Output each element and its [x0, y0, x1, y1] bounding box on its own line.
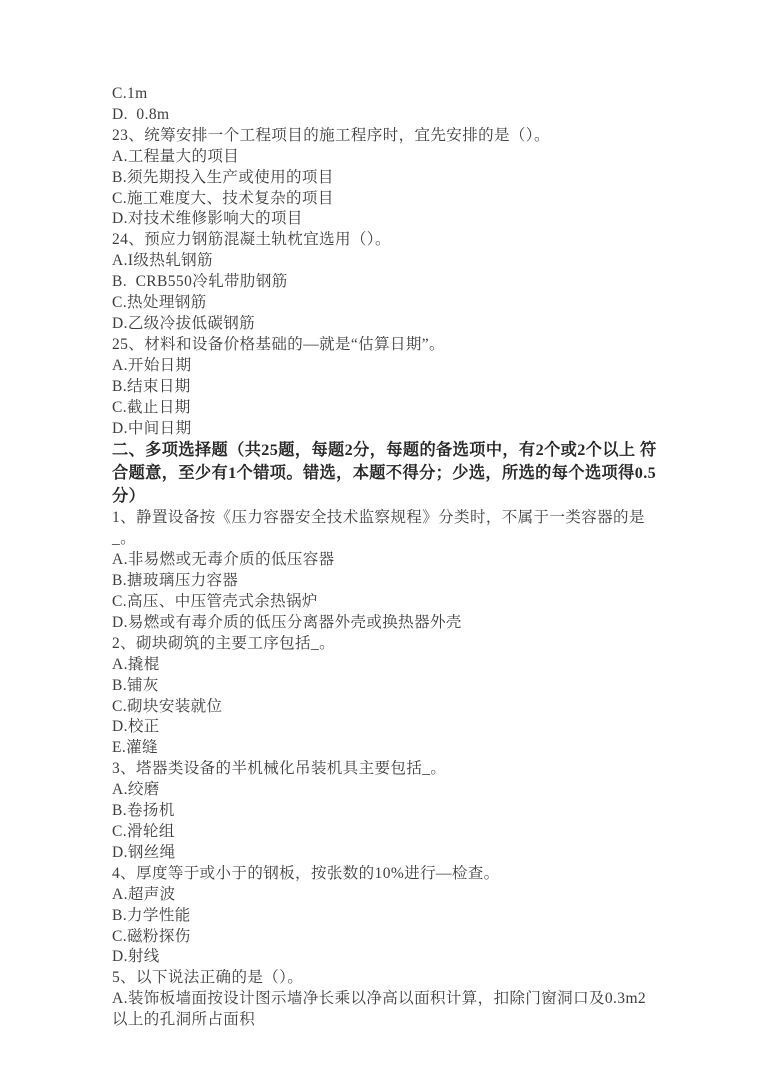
option-line: B. CRB550冷轧带肋钢筋 [112, 272, 659, 293]
question-line: 25、材料和设备价格基础的—就是“估算日期”。 [112, 335, 659, 356]
option-line: B.卷扬机 [112, 801, 659, 822]
question-line: 23、统筹安排一个工程项目的施工程序时，宜先安排的是（）。 [112, 126, 659, 147]
option-line: C.高压、中压管壳式余热锅炉 [112, 592, 659, 613]
option-line: A.非易燃或无毒介质的低压容器 [112, 550, 659, 571]
question-line: 2、砌块砌筑的主要工序包括_。 [112, 634, 659, 655]
question-line: 24、预应力钢筋混凝土轨枕宜选用（）。 [112, 230, 659, 251]
option-line: A.开始日期 [112, 356, 659, 377]
option-line: B.搪玻璃压力容器 [112, 571, 659, 592]
document-text-block: C.1mD. 0.8m23、统筹安排一个工程项目的施工程序时，宜先安排的是（）。… [112, 84, 659, 1031]
option-line: D.钢丝绳 [112, 843, 659, 864]
option-line: A.装饰板墙面按设计图示墙净长乘以净高以面积计算，扣除门窗洞口及0.3m2 以上… [112, 989, 659, 1031]
option-line: A.超声波 [112, 885, 659, 906]
option-line: A.撬棍 [112, 655, 659, 676]
exam-document-page: C.1mD. 0.8m23、统筹安排一个工程项目的施工程序时，宜先安排的是（）。… [0, 0, 763, 1080]
option-line: C.截止日期 [112, 398, 659, 419]
option-line: B.须先期投入生产或使用的项目 [112, 168, 659, 189]
option-line: D.校正 [112, 717, 659, 738]
option-line: C.1m [112, 84, 659, 105]
option-line: B.铺灰 [112, 676, 659, 697]
option-line: B.结束日期 [112, 377, 659, 398]
option-line: C.磁粉探伤 [112, 927, 659, 948]
option-line: A.绞磨 [112, 780, 659, 801]
option-line: C.热处理钢筋 [112, 293, 659, 314]
option-line: C.施工难度大、技术复杂的项目 [112, 189, 659, 210]
option-line: C.滑轮组 [112, 822, 659, 843]
option-line: D. 0.8m [112, 105, 659, 126]
option-line: D.乙级冷拔低碳钢筋 [112, 314, 659, 335]
option-line: A.工程量大的项目 [112, 147, 659, 168]
option-line: D.中间日期 [112, 419, 659, 440]
option-line: E.灌缝 [112, 738, 659, 759]
question-line: 4、厚度等于或小于的钢板，按张数的10%进行—检查。 [112, 864, 659, 885]
question-line: 5、以下说法正确的是（）。 [112, 968, 659, 989]
option-line: C.砌块安装就位 [112, 697, 659, 718]
question-line: 1、静置设备按《压力容器安全技术监察规程》分类时，不属于一类容器的是_。 [112, 508, 659, 550]
option-line: A.I级热轧钢筋 [112, 251, 659, 272]
section-header-line: 二、多项选择题（共25题，每题2分，每题的备选项中，有2个或2个以上 符合题意，… [112, 439, 659, 508]
option-line: D.射线 [112, 947, 659, 968]
option-line: D.对技术维修影响大的项目 [112, 209, 659, 230]
option-line: D.易燃或有毒介质的低压分离器外壳或换热器外壳 [112, 613, 659, 634]
option-line: B.力学性能 [112, 906, 659, 927]
question-line: 3、塔器类设备的半机械化吊装机具主要包括_。 [112, 759, 659, 780]
